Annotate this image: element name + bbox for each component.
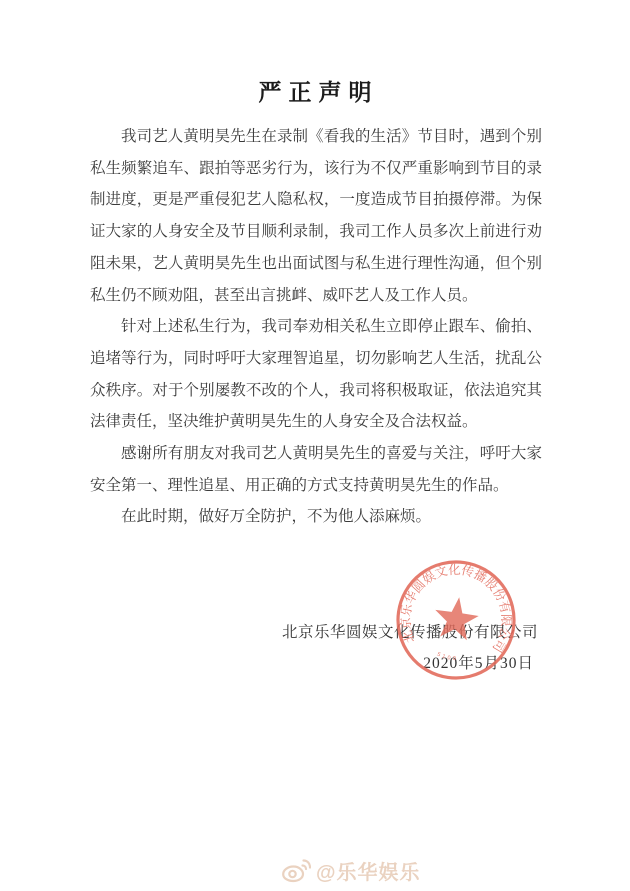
paragraph-3: 感谢所有朋友对我司艺人黄明昊先生的喜爱与关注，呼吁大家安全第一、理性追星、用正确… <box>90 438 542 501</box>
paragraph-2: 针对上述私生行为，我司奉劝相关私生立即停止跟车、偷拍、追堵等行为，同时呼吁大家理… <box>90 311 542 438</box>
document-title: 严正声明 <box>0 74 630 107</box>
signature-date: 2020年5月30日 <box>423 651 534 673</box>
watermark-handle: @乐华娱乐 <box>316 856 421 885</box>
document-body: 我司艺人黄明昊先生在录制《看我的生活》节目时，遇到个别私生频繁追车、跟拍等恶劣行… <box>90 121 542 533</box>
paragraph-4: 在此时期，做好万全防护，不为他人添麻烦。 <box>90 501 542 533</box>
statement-document: 严正声明 我司艺人黄明昊先生在录制《看我的生活》节目时，遇到个别私生频繁追车、跟… <box>0 0 630 891</box>
weibo-icon <box>281 858 311 884</box>
seal-ring-text-curved: 北京乐华圆娱文化传播股份有限公司 <box>394 554 521 659</box>
paragraph-1: 我司艺人黄明昊先生在录制《看我的生活》节目时，遇到个别私生频繁追车、跟拍等恶劣行… <box>90 121 542 311</box>
weibo-watermark: @乐华娱乐 <box>281 856 421 885</box>
signature-company-name: 北京乐华圆娱文化传播股份有限公司 <box>282 620 538 642</box>
